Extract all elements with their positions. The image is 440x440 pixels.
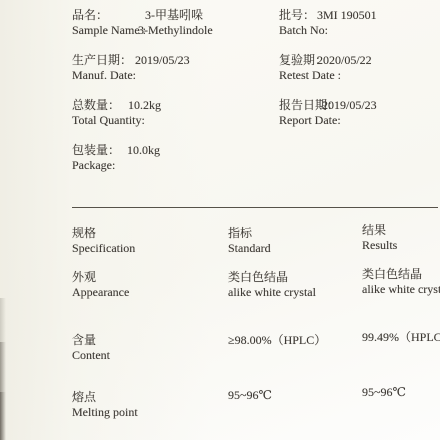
- table-row-content-standard: ≥98.00%（HPLC）: [228, 331, 326, 365]
- cell-en: Content: [72, 348, 110, 365]
- report-date-value-zh: 2019/05/23: [322, 98, 377, 112]
- scan-edge-shadow: [0, 298, 6, 342]
- field-manuf-date: 生产日期：2019/05/23 Manuf. Date:: [72, 51, 190, 85]
- cell-en: [228, 405, 272, 422]
- field-line-en: Sample Name :3-Methylindole: [72, 23, 213, 40]
- cell-en: Melting point: [72, 405, 138, 422]
- field-report-date: 报告日期：2019/05/23 Report Date:: [279, 96, 377, 130]
- field-line-zh: 品名：3-甲基吲哚: [72, 6, 213, 23]
- coa-document-scan: 品名：3-甲基吲哚 Sample Name :3-Methylindole 生产…: [0, 0, 440, 440]
- table-header-results: 结果 Results: [362, 221, 397, 255]
- field-line-en: Total Quantity:: [72, 113, 161, 130]
- table-row-appearance-standard: 类白色结晶 alike white crystal: [228, 268, 316, 302]
- total-quantity-label-en: Total Quantity:: [72, 113, 145, 128]
- field-line-zh: 批号：3MI 190501: [279, 6, 377, 23]
- field-total-quantity: 总数量：10.2kg Total Quantity:: [72, 96, 161, 130]
- batch-no-value-zh: 3MI 190501: [317, 8, 377, 22]
- retest-date-value-zh: 2020/05/22: [317, 53, 372, 67]
- sample-name-label-en: Sample Name :: [72, 23, 138, 38]
- field-line-zh: 生产日期：2019/05/23: [72, 51, 190, 68]
- sample-name-value-en: 3-Methylindole: [138, 23, 213, 37]
- total-quantity-label-zh: 总数量：: [72, 96, 128, 113]
- total-quantity-value-zh: 10.2kg: [128, 98, 161, 112]
- field-line-en: Retest Date :: [279, 68, 372, 85]
- header-en: Standard: [228, 241, 271, 258]
- cell-zh: 含量: [72, 331, 110, 348]
- manuf-date-label-en: Manuf. Date:: [72, 68, 136, 83]
- header-zh: 指标: [228, 224, 271, 241]
- package-label-zh: 包装量：: [72, 141, 127, 158]
- table-row-content-result: 99.49%（HPLC）: [362, 328, 440, 362]
- cell-en: [228, 348, 326, 365]
- cell-en: [362, 345, 440, 362]
- field-retest-date: 复验期：2020/05/22 Retest Date :: [279, 51, 372, 85]
- table-header-specification: 规格 Specification: [72, 224, 135, 258]
- manuf-date-value-zh: 2019/05/23: [135, 53, 190, 67]
- field-line-zh: 包装量：10.0kg: [72, 141, 160, 158]
- table-row-appearance-spec: 外观 Appearance: [72, 268, 129, 302]
- table-row-melting-point-spec: 熔点 Melting point: [72, 388, 138, 422]
- table-row-content-spec: 含量 Content: [72, 331, 110, 365]
- retest-date-label-en: Retest Date :: [279, 68, 341, 83]
- table-row-appearance-result: 类白色结晶 alike white crystal: [362, 265, 440, 299]
- field-package: 包装量：10.0kg Package:: [72, 141, 160, 175]
- cell-zh: 99.49%（HPLC）: [362, 328, 440, 345]
- header-en: Specification: [72, 241, 135, 258]
- header-en: Results: [362, 238, 397, 255]
- manuf-date-label-zh: 生产日期：: [72, 51, 135, 68]
- cell-zh: 熔点: [72, 388, 138, 405]
- header-zh: 结果: [362, 221, 397, 238]
- cell-en: alike white crystal: [362, 282, 440, 299]
- cell-en: Appearance: [72, 285, 129, 302]
- batch-no-label-en: Batch No:: [279, 23, 328, 38]
- header-zh: 规格: [72, 224, 135, 241]
- field-sample-name: 品名：3-甲基吲哚 Sample Name :3-Methylindole: [72, 6, 213, 40]
- cell-zh: 95~96℃: [228, 388, 272, 405]
- report-date-label-en: Report Date:: [279, 113, 341, 128]
- field-line-en: Manuf. Date:: [72, 68, 190, 85]
- table-row-melting-point-standard: 95~96℃: [228, 388, 272, 422]
- cell-en: [362, 402, 406, 419]
- field-line-zh: 报告日期：2019/05/23: [279, 96, 377, 113]
- cell-zh: 95~96℃: [362, 385, 406, 402]
- field-line-en: Report Date:: [279, 113, 377, 130]
- section-divider: [72, 207, 438, 208]
- cell-zh: 类白色结晶: [228, 268, 316, 285]
- table-header-standard: 指标 Standard: [228, 224, 271, 258]
- table-row-melting-point-result: 95~96℃: [362, 385, 406, 419]
- cell-zh: ≥98.00%（HPLC）: [228, 331, 326, 348]
- sample-name-label-zh: 品名：: [72, 6, 145, 23]
- scan-edge-shadow: [0, 392, 6, 440]
- cell-zh: 外观: [72, 268, 129, 285]
- field-line-en: Batch No:: [279, 23, 377, 40]
- field-line-zh: 复验期：2020/05/22: [279, 51, 372, 68]
- batch-no-label-zh: 批号：: [279, 6, 317, 23]
- report-date-label-zh: 报告日期：: [279, 96, 322, 113]
- sample-name-value-zh: 3-甲基吲哚: [145, 8, 203, 22]
- retest-date-label-zh: 复验期：: [279, 51, 317, 68]
- field-batch-no: 批号：3MI 190501 Batch No:: [279, 6, 377, 40]
- package-label-en: Package:: [72, 158, 115, 173]
- field-line-en: Package:: [72, 158, 160, 175]
- cell-zh: 类白色结晶: [362, 265, 440, 282]
- cell-en: alike white crystal: [228, 285, 316, 302]
- package-value-zh: 10.0kg: [127, 143, 160, 157]
- scan-edge-shadow: [0, 342, 6, 392]
- field-line-zh: 总数量：10.2kg: [72, 96, 161, 113]
